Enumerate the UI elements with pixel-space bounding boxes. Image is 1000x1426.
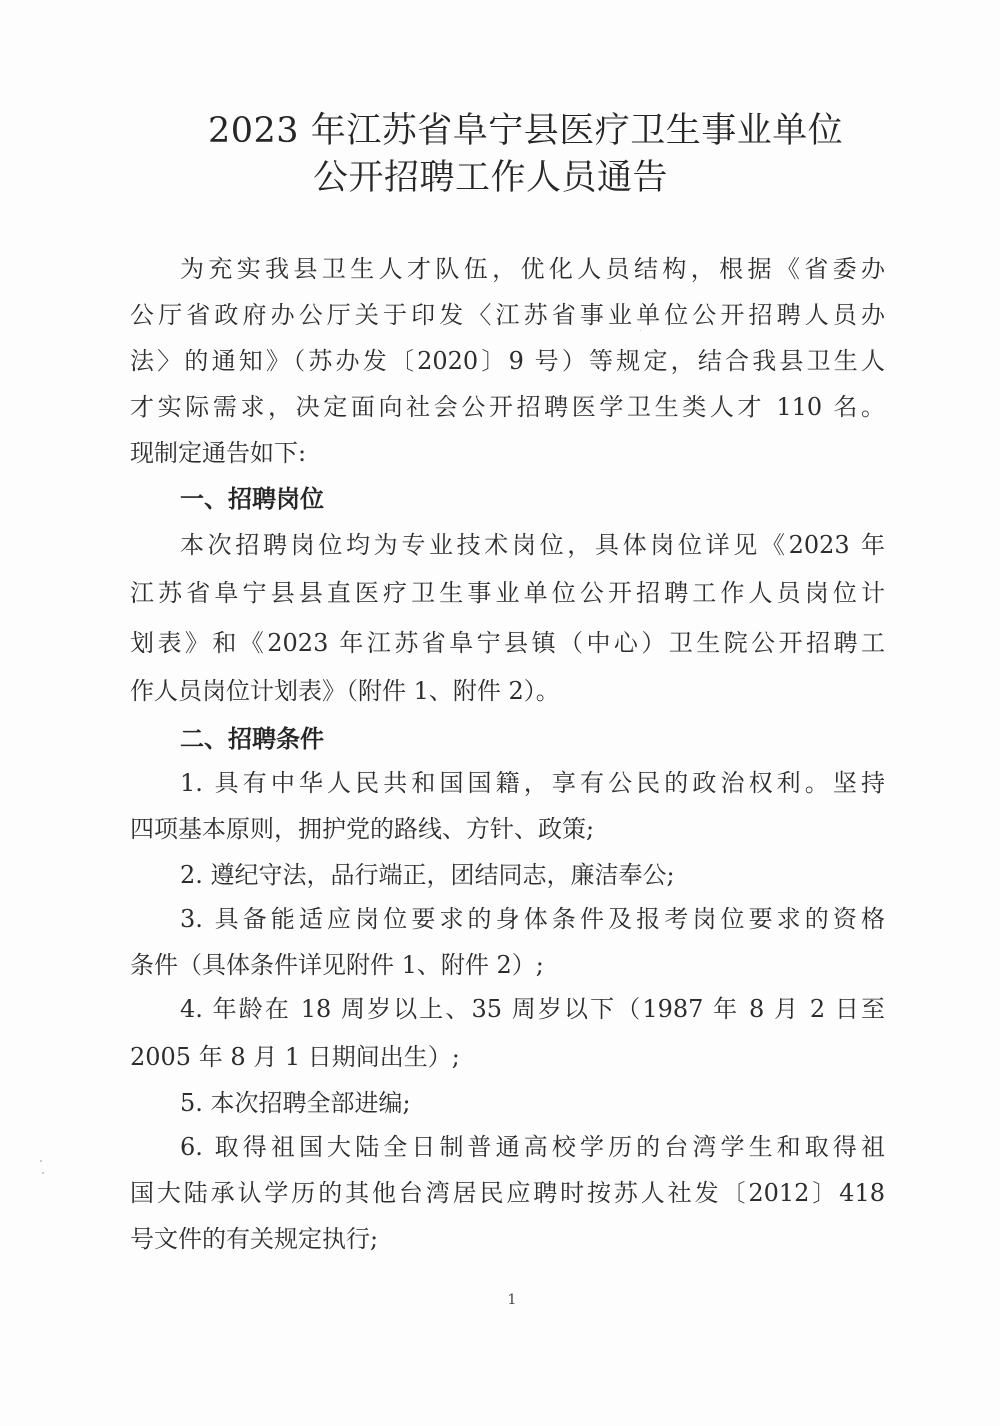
section-heading-positions: 一、招聘岗位 bbox=[180, 482, 324, 516]
section1-line: 江苏省阜宁县县直医疗卫生事业单位公开招聘工作人员岗位计 bbox=[130, 576, 885, 610]
intro-line: 公厅省政府办公厅关于印发〈江苏省事业单位公开招聘人员办 bbox=[130, 298, 885, 332]
document-page: 2023 年江苏省阜宁县医疗卫生事业单位 公开招聘工作人员通告 为充实我县卫生人… bbox=[0, 0, 1000, 1426]
intro-line: 现制定通告如下: bbox=[130, 436, 306, 470]
intro-line: 才实际需求，决定面向社会公开招聘医学卫生类人才 110 名。 bbox=[130, 390, 885, 424]
section1-line: 作人员岗位计划表》（附件 1、附件 2）。 bbox=[130, 674, 560, 708]
document-title-line-2: 公开招聘工作人员通告 bbox=[313, 157, 668, 199]
condition-2-line: 2. 遵纪守法，品行端正，团结同志，廉洁奉公; bbox=[180, 858, 885, 892]
condition-5-line: 5. 本次招聘全部进编; bbox=[180, 1086, 885, 1120]
scan-speck bbox=[42, 1172, 44, 1174]
section1-line: 划表》和《2023 年江苏省阜宁县镇（中心）卫生院公开招聘工 bbox=[130, 626, 885, 660]
condition-3-line: 条件（具体条件详见附件 1、附件 2）; bbox=[130, 948, 544, 982]
scan-speck bbox=[40, 1160, 42, 1162]
document-title-line-1: 2023 年江苏省阜宁县医疗卫生事业单位 bbox=[208, 110, 843, 152]
page-number: 1 bbox=[500, 1292, 524, 1308]
condition-6-line: 号文件的有关规定执行; bbox=[130, 1222, 378, 1256]
intro-line: 法〉的通知》（苏办发〔2020〕9 号）等规定，结合我县卫生人 bbox=[130, 344, 885, 378]
scan-speck bbox=[640, 330, 641, 331]
condition-4-line: 2005 年 8 月 1 日期间出生）; bbox=[130, 1040, 460, 1074]
condition-4-line: 4. 年龄在 18 周岁以上、35 周岁以下（1987 年 8 月 2 日至 bbox=[180, 992, 885, 1026]
condition-3-line: 3. 具备能适应岗位要求的身体条件及报考岗位要求的资格 bbox=[180, 902, 885, 936]
section1-line: 本次招聘岗位均为专业技术岗位，具体岗位详见《2023 年 bbox=[180, 528, 885, 562]
condition-1-line: 1. 具有中华人民共和国国籍，享有公民的政治权利。坚持 bbox=[180, 766, 885, 800]
condition-1-line: 四项基本原则，拥护党的路线、方针、政策; bbox=[130, 812, 594, 846]
intro-line: 为充实我县卫生人才队伍，优化人员结构，根据《省委办 bbox=[180, 252, 885, 286]
condition-6-line: 6. 取得祖国大陆全日制普通高校学历的台湾学生和取得祖 bbox=[180, 1130, 885, 1164]
section-heading-conditions: 二、招聘条件 bbox=[180, 722, 324, 756]
condition-6-line: 国大陆承认学历的其他台湾居民应聘时按苏人社发〔2012〕418 bbox=[130, 1176, 885, 1210]
